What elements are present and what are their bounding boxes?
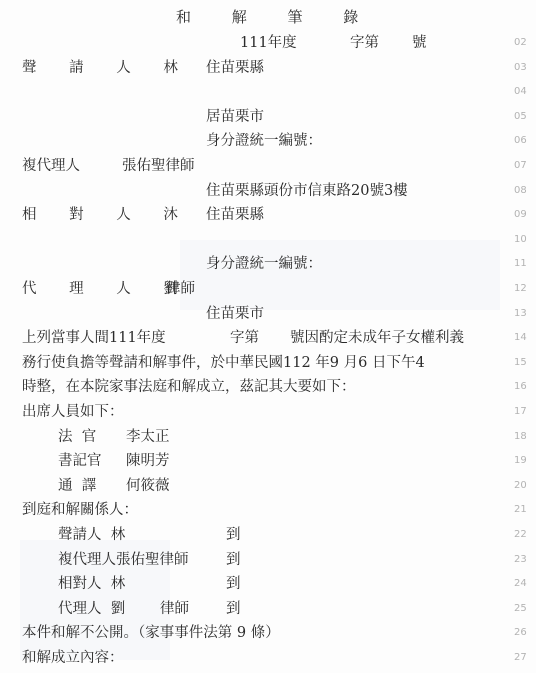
line-number: 07 [514, 155, 534, 177]
line-number: 19 [514, 450, 534, 472]
document-line: 代 理 人 劉律師12 [0, 278, 536, 300]
line-text: 號因酌定未成年子女權利義 [290, 327, 464, 349]
document-line: 到庭和解關係人：21 [0, 499, 536, 521]
document-line: 聲 請 人 林住苗栗縣03 [0, 57, 536, 79]
document-line: 相 對 人 沐住苗栗縣09 [0, 204, 536, 226]
line-text: 到 [226, 598, 241, 620]
line-number: 05 [514, 106, 534, 128]
document-line: 本件和解不公開。（家事事件法第 9 條）26 [0, 622, 536, 644]
document-line: 代理人 劉律師到25 [0, 598, 536, 620]
line-text: 聲 請 人 林 [22, 57, 192, 79]
document-line: 通 譯何筱薇20 [0, 475, 536, 497]
document-line: 住苗栗縣頭份市信東路20號3樓08 [0, 180, 536, 202]
line-number: 03 [514, 57, 534, 79]
line-text: 張佑聖律師 [122, 155, 195, 177]
line-text: 陳明芳 [126, 450, 170, 472]
line-number: 14 [514, 327, 534, 349]
line-text: 相 對 人 沐 [22, 204, 192, 226]
line-text: 到 [226, 549, 241, 571]
document-title: 和 解 筆 錄 [176, 6, 376, 28]
document-line: 聲請人 林到22 [0, 524, 536, 546]
line-text: 和解成立內容： [22, 647, 124, 669]
line-number: 16 [514, 376, 534, 398]
line-text: 住苗栗縣 [206, 57, 264, 79]
document-line: 出席人員如下：17 [0, 401, 536, 423]
document-line: 上列當事人間111年度字第號因酌定未成年子女權利義14 [0, 327, 536, 349]
document-title-line: 和 解 筆 錄 [0, 6, 536, 28]
line-text: 通 譯 [58, 475, 96, 497]
line-text: 上列當事人間111年度 [22, 327, 166, 349]
document-line: 居苗栗市05 [0, 106, 536, 128]
line-text: 住苗栗縣 [206, 204, 264, 226]
line-text: 書記官 [58, 450, 102, 472]
document-line: 法 官李太正18 [0, 426, 536, 448]
line-number: 09 [514, 204, 534, 226]
line-text: 到 [226, 573, 241, 595]
line-number: 23 [514, 549, 534, 571]
document-line: 住苗栗市13 [0, 303, 536, 325]
line-number: 20 [514, 475, 534, 497]
document-line: 04 [0, 81, 536, 103]
line-number: 27 [514, 647, 534, 669]
document-line: 時整，在本院家事法庭和解成立，茲記其大要如下：16 [0, 376, 536, 398]
document-line: 書記官陳明芳19 [0, 450, 536, 472]
line-text: 律師 [166, 278, 195, 300]
line-text: 身分證統一編號： [206, 253, 322, 275]
document-line: 10 [0, 229, 536, 251]
line-text: 住苗栗縣頭份市信東路20號3樓 [206, 180, 408, 202]
line-text: 字第 [230, 327, 259, 349]
line-number: 04 [514, 81, 534, 103]
line-number: 26 [514, 622, 534, 644]
line-number: 08 [514, 180, 534, 202]
line-number: 10 [514, 229, 534, 251]
line-number: 18 [514, 426, 534, 448]
document-line: 身分證統一編號：06 [0, 130, 536, 152]
document-line: 相對人 林到24 [0, 573, 536, 595]
line-text: 複代理人張佑聖律師 [58, 549, 189, 571]
document-page: 和 解 筆 錄 111年度字第號02聲 請 人 林住苗栗縣0304居苗栗市05身… [0, 0, 536, 673]
line-number: 24 [514, 573, 534, 595]
line-number: 21 [514, 499, 534, 521]
line-text: 相對人 林 [58, 573, 125, 595]
line-number: 13 [514, 303, 534, 325]
document-line: 身分證統一編號：11 [0, 253, 536, 275]
line-text: 111年度 [240, 32, 297, 54]
line-text: 身分證統一編號： [206, 130, 322, 152]
line-text: 出席人員如下： [22, 401, 124, 423]
line-text: 居苗栗市 [206, 106, 264, 128]
line-text: 時整，在本院家事法庭和解成立，茲記其大要如下： [22, 376, 356, 398]
document-line: 務行使負擔等聲請和解事件，於中華民國112 年9 月6 日下午415 [0, 352, 536, 374]
line-number: 02 [514, 32, 534, 54]
document-line: 111年度字第號02 [0, 32, 536, 54]
line-number: 25 [514, 598, 534, 620]
line-text: 到庭和解關係人： [22, 499, 138, 521]
line-text: 代理人 劉 [58, 598, 125, 620]
line-text: 務行使負擔等聲請和解事件，於中華民國112 年9 月6 日下午4 [22, 352, 425, 374]
line-text: 號 [412, 32, 427, 54]
line-number: 11 [514, 253, 534, 275]
line-number: 22 [514, 524, 534, 546]
line-text: 本件和解不公開。（家事事件法第 9 條） [22, 622, 280, 644]
line-number: 06 [514, 130, 534, 152]
line-text: 字第 [350, 32, 379, 54]
document-line: 和解成立內容：27 [0, 647, 536, 669]
line-text: 複代理人 [22, 155, 80, 177]
line-text: 到 [226, 524, 241, 546]
line-text: 何筱薇 [126, 475, 170, 497]
line-text: 法 官 [58, 426, 96, 448]
line-text: 聲請人 林 [58, 524, 125, 546]
line-number: 12 [514, 278, 534, 300]
document-line: 複代理人張佑聖律師07 [0, 155, 536, 177]
line-text: 李太正 [126, 426, 170, 448]
line-text: 住苗栗市 [206, 303, 264, 325]
line-text: 律師 [160, 598, 189, 620]
document-line: 複代理人張佑聖律師到23 [0, 549, 536, 571]
line-number: 15 [514, 352, 534, 374]
line-number: 17 [514, 401, 534, 423]
